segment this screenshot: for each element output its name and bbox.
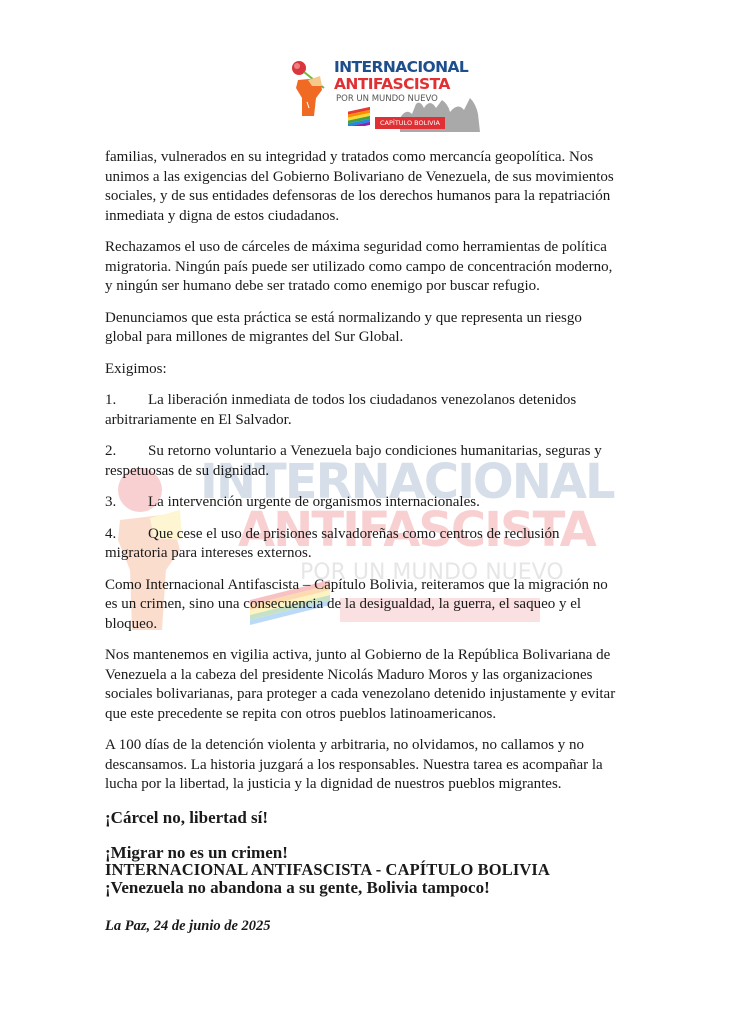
slogan: ¡Venezuela no abandona a su gente, Boliv… [105,877,620,899]
paragraph-intro-3: Denunciamos que esta práctica se está no… [105,309,620,348]
demand-text: Su retorno voluntario a Venezuela bajo c… [105,443,602,479]
demands-heading: Exigimos: [105,360,620,380]
logo-subtitle: POR UN MUNDO NUEVO [336,94,438,104]
paragraph-intro-1: familias, vulnerados en su integridad y … [105,148,620,226]
wiphala-flag-icon [346,106,372,126]
logo-title-line2: ANTIFASCISTA [334,75,450,93]
demand-item: 2.Su retorno voluntario a Venezuela bajo… [105,442,620,481]
demand-number: 3. [105,493,148,513]
demand-text: La liberación inmediata de todos los ciu… [105,392,576,428]
demand-item: 1.La liberación inmediata de todos los c… [105,391,620,430]
demand-number: 4. [105,525,148,545]
demand-text: Que cese el uso de prisiones salvadoreña… [105,526,560,562]
paragraph-closing-2: Nos mantenemos en vigilia activa, junto … [105,646,620,724]
paragraph-closing-3: A 100 días de la detención violenta y ar… [105,736,620,795]
paragraph-intro-2: Rechazamos el uso de cárceles de máxima … [105,238,620,297]
demand-text: La intervención urgente de organismos in… [148,494,480,510]
raised-fist-icon [290,58,332,120]
demand-item: 4.Que cese el uso de prisiones salvadore… [105,525,620,564]
demand-number: 2. [105,442,148,462]
logo-title-line1: INTERNACIONAL [334,58,468,76]
demand-item: 3.La intervención urgente de organismos … [105,493,620,513]
logo-chapter-badge: CAPÍTULO BOLIVIA [375,117,445,129]
paragraph-closing-1: Como Internacional Antifascista – Capítu… [105,576,620,635]
document-body: familias, vulnerados en su integridad y … [105,148,620,912]
slogan: ¡Migrar no es un crimen! [105,842,620,864]
document-date: La Paz, 24 de junio de 2025 [105,918,271,935]
demand-number: 1. [105,391,148,411]
slogan: ¡Cárcel no, libertad sí! [105,807,620,829]
organization-logo: INTERNACIONAL ANTIFASCISTA POR UN MUNDO … [290,58,490,134]
